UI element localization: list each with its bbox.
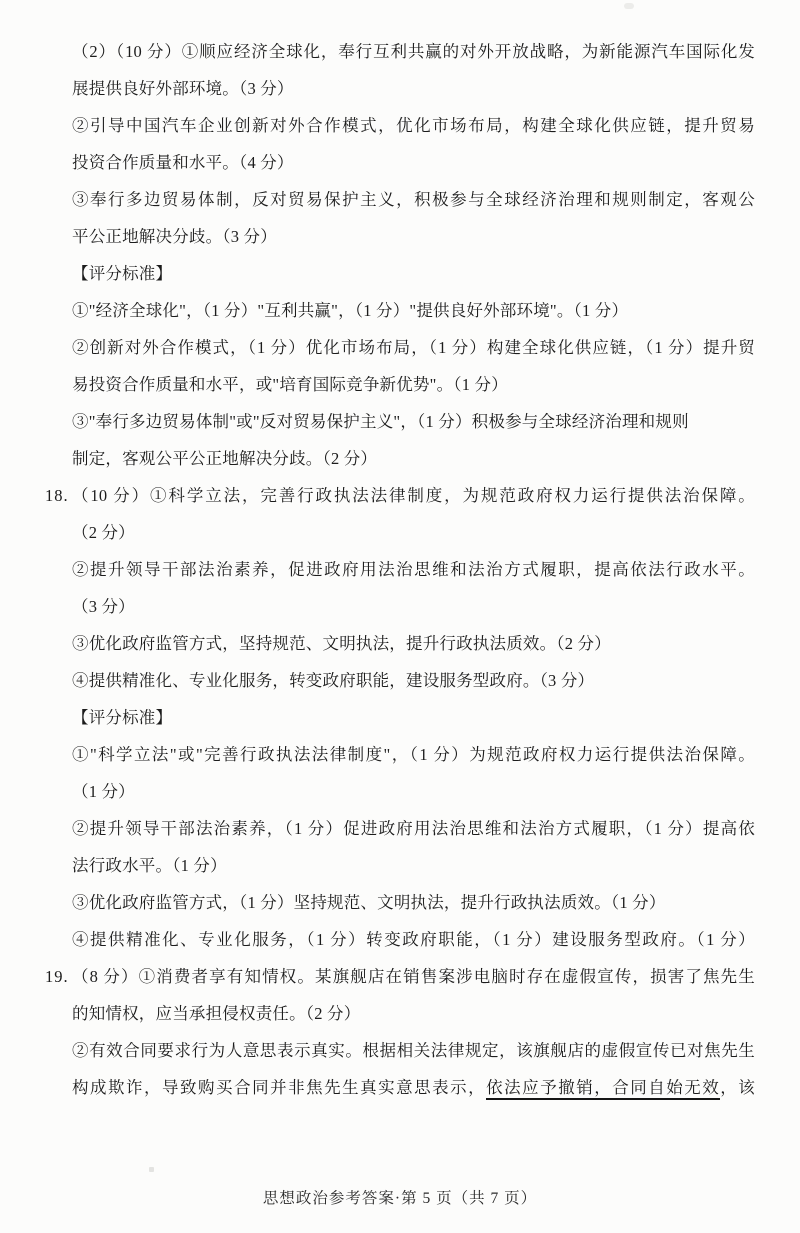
text-line: ①"经济全球化"，（1 分）"互利共赢"，（1 分）"提供良好外部环境"。（1 …	[72, 292, 755, 329]
text-segment: 投资合作质量和水平。（4 分）	[72, 153, 294, 172]
text-line: ④提供精准化、专业化服务，（1 分）转变政府职能，（1 分）建设服务型政府。（1…	[72, 921, 755, 958]
text-segment: ④提供精准化、专业化服务，转变政府职能，建设服务型政府。（3 分）	[72, 671, 594, 690]
text-segment: 展提供良好外部环境。（3 分）	[72, 79, 294, 98]
text-segment: ③"奉行多边贸易体制"或"反对贸易保护主义"，（1 分）积极参与全球经济治理和规…	[72, 412, 689, 431]
text-line: （1 分）	[72, 773, 755, 810]
text-line: （2 分）	[72, 514, 755, 551]
text-segment: ①"经济全球化"，（1 分）"互利共赢"，（1 分）"提供良好外部环境"。（1 …	[72, 301, 628, 320]
text-line: ③"奉行多边贸易体制"或"反对贸易保护主义"，（1 分）积极参与全球经济治理和规…	[72, 403, 755, 440]
text-segment: （8 分）①消费者享有知情权。某旗舰店在销售案涉电脑时存在虚假宣传，损害了焦先生	[72, 967, 755, 986]
document-page: （2）（10 分）①顺应经济全球化，奉行互利共赢的对外开放战略，为新能源汽车国际…	[0, 0, 800, 1233]
text-segment: 平公正地解决分歧。（3 分）	[72, 227, 277, 246]
text-segment: （1 分）	[72, 782, 135, 801]
text-line: 易投资合作质量和水平，或"培育国际竞争新优势"。（1 分）	[72, 366, 755, 403]
text-segment: ④提供精准化、专业化服务，（1 分）转变政府职能，（1 分）建设服务型政府。（1…	[72, 930, 755, 949]
text-segment: 法行政水平。（1 分）	[72, 856, 227, 875]
text-line: 制定，客观公平公正地解决分歧。（2 分）	[72, 440, 755, 477]
text-segment: ①"科学立法"或"完善行政执法法律制度"，（1 分）为规范政府权力运行提供法治保…	[72, 745, 755, 764]
text-line: 投资合作质量和水平。（4 分）	[72, 144, 755, 181]
text-segment: 的知情权，应当承担侵权责任。（2 分）	[72, 1004, 360, 1023]
text-segment: ③奉行多边贸易体制，反对贸易保护主义，积极参与全球经济治理和规则制定，客观公	[72, 190, 755, 209]
text-line: 的知情权，应当承担侵权责任。（2 分）	[72, 995, 755, 1032]
text-line: ③奉行多边贸易体制，反对贸易保护主义，积极参与全球经济治理和规则制定，客观公	[72, 181, 755, 218]
text-line: 构成欺诈，导致购买合同并非焦先生真实意思表示，依法应予撤销，合同自始无效，该	[72, 1069, 755, 1106]
text-line: 19.（8 分）①消费者享有知情权。某旗舰店在销售案涉电脑时存在虚假宣传，损害了…	[72, 958, 755, 995]
text-line: （3 分）	[72, 588, 755, 625]
text-line: 展提供良好外部环境。（3 分）	[72, 70, 755, 107]
text-segment: 制定，客观公平公正地解决分歧。（2 分）	[72, 449, 377, 468]
text-line: 【评分标准】	[72, 255, 755, 292]
text-segment: ③优化政府监管方式，（1 分）坚持规范、文明执法，提升行政执法质效。（1 分）	[72, 893, 666, 912]
scan-artifact	[149, 1167, 154, 1172]
text-line: ②创新对外合作模式，（1 分）优化市场布局，（1 分）构建全球化供应链，（1 分…	[72, 329, 755, 366]
text-line: ②引导中国汽车企业创新对外合作模式，优化市场布局，构建全球化供应链，提升贸易	[72, 107, 755, 144]
text-line: ①"科学立法"或"完善行政执法法律制度"，（1 分）为规范政府权力运行提供法治保…	[72, 736, 755, 773]
footer-text: 思想政治参考答案·第 5 页（共 7 页）	[263, 1190, 537, 1207]
text-line: 法行政水平。（1 分）	[72, 847, 755, 884]
text-line: 18.（10 分）①科学立法，完善行政执法法律制度，为规范政府权力运行提供法治保…	[72, 477, 755, 514]
text-segment: 易投资合作质量和水平，或"培育国际竞争新优势"。（1 分）	[72, 375, 508, 394]
text-line: 平公正地解决分歧。（3 分）	[72, 218, 755, 255]
text-segment: ②创新对外合作模式，（1 分）优化市场布局，（1 分）构建全球化供应链，（1 分…	[72, 338, 755, 357]
text-segment: ③优化政府监管方式，坚持规范、文明执法，提升行政执法质效。（2 分）	[72, 634, 611, 653]
text-line: ②提升领导干部法治素养，促进政府用法治思维和法治方式履职，提高依法行政水平。	[72, 551, 755, 588]
text-line: ④提供精准化、专业化服务，转变政府职能，建设服务型政府。（3 分）	[72, 662, 755, 699]
page-footer: 思想政治参考答案·第 5 页（共 7 页）	[0, 1186, 800, 1208]
underlined-phrase: 依法应予撤销，合同自始无效	[486, 1078, 720, 1100]
answer-key-text: （2）（10 分）①顺应经济全球化，奉行互利共赢的对外开放战略，为新能源汽车国际…	[72, 33, 755, 1106]
text-segment: （2）（10 分）①顺应经济全球化，奉行互利共赢的对外开放战略，为新能源汽车国际…	[72, 42, 755, 61]
question-number: 18.	[45, 477, 69, 514]
text-segment: （10 分）①科学立法，完善行政执法法律制度，为规范政府权力运行提供法治保障。	[72, 486, 755, 505]
text-segment: 【评分标准】	[72, 708, 172, 727]
text-line: 【评分标准】	[72, 699, 755, 736]
text-segment: ②有效合同要求行为人意思表示真实。根据相关法律规定，该旗舰店的虚假宣传已对焦先生	[72, 1041, 755, 1060]
scan-artifact	[624, 3, 634, 9]
text-line: （2）（10 分）①顺应经济全球化，奉行互利共赢的对外开放战略，为新能源汽车国际…	[72, 33, 755, 70]
text-line: ②提升领导干部法治素养，（1 分）促进政府用法治思维和法治方式履职，（1 分）提…	[72, 810, 755, 847]
text-segment: 构成欺诈，导致购买合同并非焦先生真实意思表示，	[72, 1078, 486, 1097]
question-number: 19.	[45, 958, 69, 995]
text-line: ③优化政府监管方式，坚持规范、文明执法，提升行政执法质效。（2 分）	[72, 625, 755, 662]
text-segment: （2 分）	[72, 523, 135, 542]
text-segment: 【评分标准】	[72, 264, 172, 283]
text-segment: ②提升领导干部法治素养，（1 分）促进政府用法治思维和法治方式履职，（1 分）提…	[72, 819, 755, 838]
text-segment: （3 分）	[72, 597, 135, 616]
text-segment: ②引导中国汽车企业创新对外合作模式，优化市场布局，构建全球化供应链，提升贸易	[72, 116, 755, 135]
text-line: ③优化政府监管方式，（1 分）坚持规范、文明执法，提升行政执法质效。（1 分）	[72, 884, 755, 921]
text-line: ②有效合同要求行为人意思表示真实。根据相关法律规定，该旗舰店的虚假宣传已对焦先生	[72, 1032, 755, 1069]
text-segment: ，该	[720, 1078, 755, 1097]
text-segment: ②提升领导干部法治素养，促进政府用法治思维和法治方式履职，提高依法行政水平。	[72, 560, 755, 579]
